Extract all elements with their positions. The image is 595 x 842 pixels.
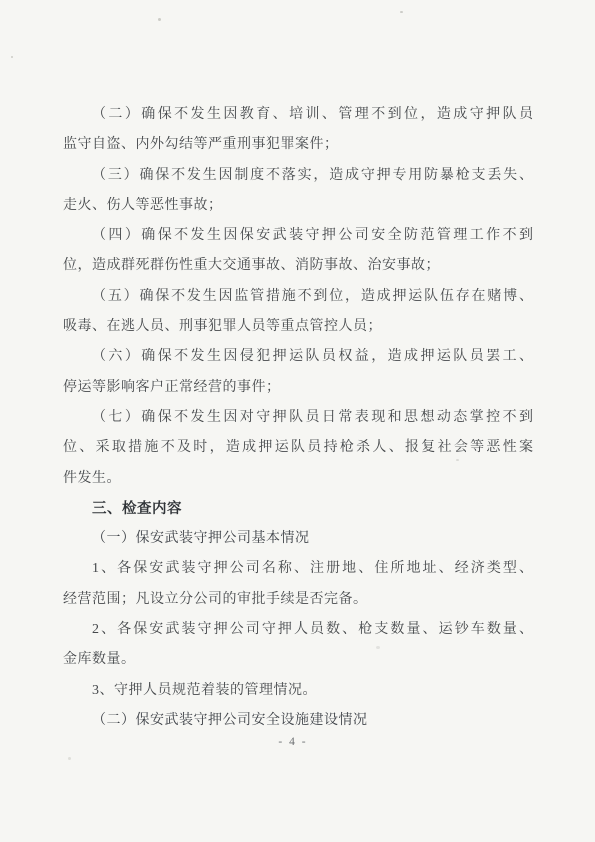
document-text-line: 3、守押人员规范着装的管理情况。 [63, 676, 533, 706]
scan-speck [68, 757, 71, 760]
document-text-line: 走火、伤人等恶性事故； [63, 191, 533, 221]
document-text-line: 监守自盗、内外勾结等严重刑事犯罪案件； [63, 130, 533, 160]
document-text-line: 2、各保安武装守押公司守押人员数、枪支数量、运钞车数量、 [63, 615, 533, 645]
document-text-line: 吸毒、在逃人员、刑事犯罪人员等重点管控人员； [63, 312, 533, 342]
scan-speck [400, 11, 403, 13]
document-text-line: （二）确保不发生因教育、培训、管理不到位，造成守押队员 [63, 100, 533, 130]
document-text-line: 金库数量。 [63, 645, 533, 675]
document-text-line: 件发生。 [63, 464, 533, 494]
document-text-line: （四）确保不发生因保安武装守押公司安全防范管理工作不到 [63, 221, 533, 251]
document-text-line: 位、采取措施不及时，造成押运队员持枪杀人、报复社会等恶性案 [63, 433, 533, 463]
document-text-line: 1、各保安武装守押公司名称、注册地、住所地址、经济类型、 [63, 554, 533, 584]
document-text-line: （五）确保不发生因监管措施不到位，造成押运队伍存在赌博、 [63, 282, 533, 312]
scan-speck [456, 459, 459, 461]
document-text-line: 停运等影响客户正常经营的事件； [63, 373, 533, 403]
scan-speck [11, 56, 13, 58]
document-text-line: （一）保安武装守押公司基本情况 [63, 524, 533, 554]
document-text-line: （三）确保不发生因制度不落实，造成守押专用防暴枪支丢失、 [63, 161, 533, 191]
scan-speck [158, 18, 161, 21]
page-number: - 4 - [63, 736, 523, 748]
document-text-line: （七）确保不发生因对守押队员日常表现和思想动态掌控不到 [63, 403, 533, 433]
document-text-line: （六）确保不发生因侵犯押运队员权益，造成押运队员罢工、 [63, 342, 533, 372]
document-text-line: 三、检查内容 [63, 494, 533, 524]
document-body: （二）确保不发生因教育、培训、管理不到位，造成守押队员监守自盗、内外勾结等严重刑… [63, 100, 533, 736]
scan-speck [376, 646, 380, 649]
document-page: （二）确保不发生因教育、培训、管理不到位，造成守押队员监守自盗、内外勾结等严重刑… [0, 0, 595, 842]
document-text-line: （二）保安武装守押公司安全设施建设情况 [63, 706, 533, 736]
document-text-line: 位，造成群死群伤性重大交通事故、消防事故、治安事故； [63, 251, 533, 281]
document-text-line: 经营范围；凡设立分公司的审批手续是否完备。 [63, 585, 533, 615]
